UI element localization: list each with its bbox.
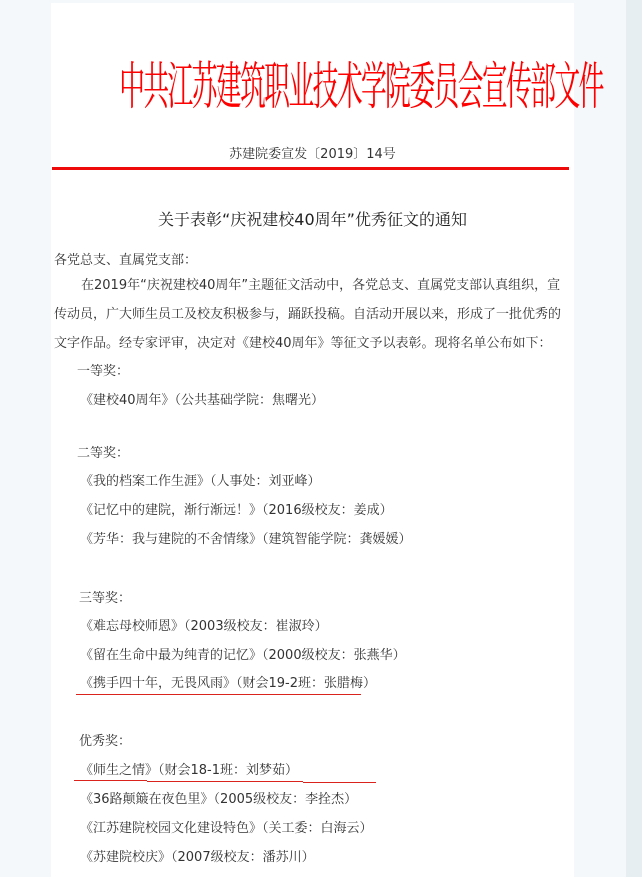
award-label-first: 一等奖： <box>77 360 129 379</box>
award-entry: 《记忆中的建院，渐行渐远！》（2016级校友：姜成） <box>80 499 393 518</box>
award-entry: 《携手四十年，无畏风雨》（财会19-2班：张腊梅） <box>80 672 376 691</box>
body-paragraph: 在2019年“庆祝建校40周年”主题征文活动中，各党总支、直属党支部认真组织，宣… <box>54 271 564 358</box>
award-entry: 《36路颠簸在夜色里》（2005级校友：李拴杰） <box>80 788 357 807</box>
red-underline <box>147 781 303 782</box>
masthead-text: 中共江苏建筑职业技术学院委员会宣传部文件 <box>119 25 603 149</box>
award-entry: 《师生之情》（财会18-1班：刘梦茹） <box>80 759 298 778</box>
red-underline <box>76 694 361 695</box>
award-entry: 《建校40周年》（公共基础学院：焦曙光） <box>80 389 324 408</box>
award-entry: 《苏建院校庆》（2007级校友：潘苏川） <box>80 846 315 865</box>
scrollbar-track[interactable] <box>626 0 642 877</box>
award-entry: 《留在生命中最为纯青的记忆》（2000级校友：张燕华） <box>80 644 406 663</box>
red-underline <box>303 782 376 783</box>
award-label-third: 三等奖： <box>79 587 131 606</box>
masthead-title: 中共江苏建筑职业技术学院委员会宣传部文件 <box>51 25 574 149</box>
award-entry: 《江苏建院校园文化建设特色》（关工委：白海云） <box>80 817 373 836</box>
notice-title: 关于表彰“庆祝建校40周年”优秀征文的通知 <box>51 207 574 230</box>
salutation: 各党总支、直属党支部： <box>54 249 197 268</box>
award-entry: 《芳华：我与建院的不舍情缘》（建筑智能学院：龚媛媛） <box>80 528 412 547</box>
document-page: 中共江苏建筑职业技术学院委员会宣传部文件 苏建院委宣发〔2019〕14号 关于表… <box>51 3 574 877</box>
award-label-excellence: 优秀奖： <box>79 730 131 749</box>
red-underline <box>74 780 147 781</box>
document-number: 苏建院委宣发〔2019〕14号 <box>51 143 574 162</box>
red-divider <box>52 167 569 170</box>
award-entry: 《难忘母校师恩》（2003级校友：崔淑玲） <box>80 615 328 634</box>
award-entry: 《我的档案工作生涯》（人事处：刘亚峰） <box>80 470 321 489</box>
award-label-second: 二等奖： <box>77 442 129 461</box>
